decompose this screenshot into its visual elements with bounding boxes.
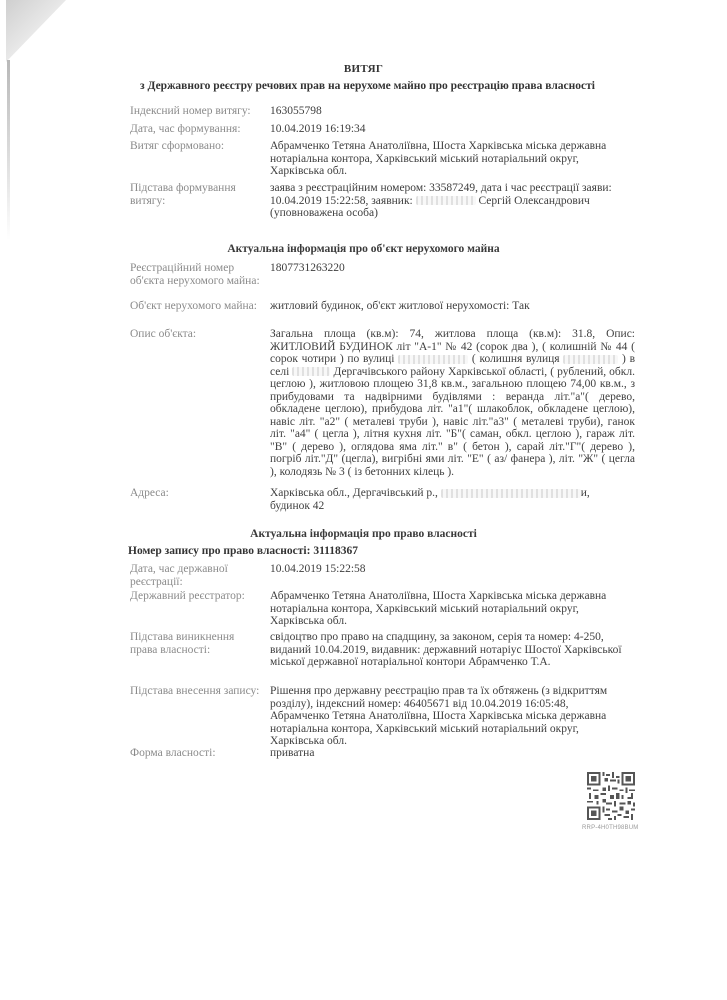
field-value: житловий будинок, об'єкт житлової нерухо… (270, 300, 630, 313)
field-value: 1807731263220 (270, 262, 630, 275)
field-value: свідоцтво про право на спадщину, за зако… (270, 631, 630, 669)
field-value: Харківська обл., Дергачівський р., и, бу… (270, 487, 630, 512)
field-value: Абрамченко Тетяна Анатоліївна, Шоста Хар… (270, 590, 630, 628)
qr-code-icon (587, 772, 635, 820)
document-title: ВИТЯГ (0, 63, 727, 75)
field-value: Рішення про державну реєстрацію прав та … (270, 685, 630, 748)
field-label: Дата, час державної реєстрації: (130, 563, 262, 588)
field-value: приватна (270, 747, 630, 760)
section-heading-ownership: Актуальна інформація про право власності (0, 528, 727, 540)
redacted-address (441, 489, 581, 498)
description-text: Дергачівського району Харківської област… (270, 366, 635, 478)
field-label: Підстава внесення запису: (130, 685, 262, 698)
document-subtitle: з Державного реєстру речових прав на нер… (0, 80, 727, 92)
field-label: Об'єкт нерухомого майна: (130, 300, 262, 313)
field-value: заява з реєстраційним номером: 33587249,… (270, 182, 630, 220)
field-label: Реєстраційний номер об'єкта нерухомого м… (130, 262, 262, 287)
record-number-value: 31118367 (313, 545, 358, 557)
redacted-old-street (563, 355, 618, 364)
field-label: Опис об'єкта: (130, 328, 262, 341)
field-value: 163055798 (270, 105, 630, 118)
field-label: Підстава формування витягу: (130, 182, 262, 207)
redacted-surname (416, 196, 476, 205)
address-text: Харківська обл., Дергачівський р., (270, 487, 441, 499)
field-value: 10.04.2019 16:19:34 (270, 123, 630, 136)
field-value: 10.04.2019 15:22:58 (270, 563, 630, 576)
field-label: Форма власності: (130, 747, 262, 760)
folded-page-corner (6, 0, 66, 62)
description-text: ( колишня вулиця (468, 353, 563, 365)
field-label: Індексний номер витягу: (130, 105, 262, 118)
field-value: Абрамченко Тетяна Анатоліївна, Шоста Хар… (270, 140, 630, 178)
field-label: Дата, час формування: (130, 123, 262, 136)
field-value: Загальна площа (кв.м): 74, житлова площа… (270, 328, 635, 478)
section-heading-object: Актуальна інформація про об'єкт нерухомо… (0, 243, 727, 255)
redacted-village (292, 367, 330, 376)
field-label: Підстава виникнення права власності: (130, 631, 262, 656)
redacted-street (398, 355, 468, 364)
ownership-record-number: Номер запису про право власності: 311183… (128, 545, 358, 557)
record-number-label: Номер запису про право власності: (128, 545, 310, 557)
field-label: Державний реєстратор: (130, 590, 262, 603)
qr-code-caption: RRP-4H0TH98BUM (582, 825, 638, 831)
field-label: Витяг сформовано: (130, 140, 262, 153)
field-label: Адреса: (130, 487, 262, 500)
